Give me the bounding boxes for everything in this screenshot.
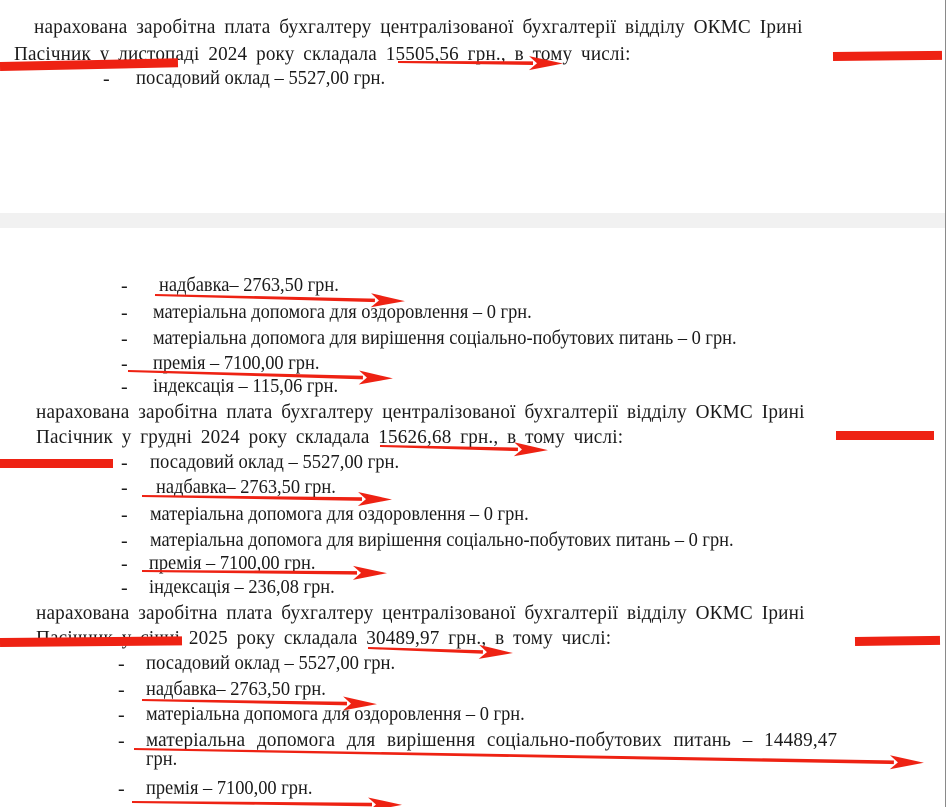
redaction-mark [0,459,113,468]
list-bullet: - [121,553,128,575]
highlight-arrow [132,794,402,807]
list-bullet: - [121,376,128,398]
scan-page-fragment-bottom: - надбавка– 2763,50 грн. - матеріальна д… [0,228,946,807]
list-bullet: - [121,452,128,474]
page-break [0,213,946,228]
list-item-base-salary: посадовий оклад – 5527,00 грн. [146,652,395,674]
list-bullet: - [118,653,125,675]
list-item-base-salary: посадовий оклад – 5527,00 грн. [150,451,399,473]
list-bullet: - [121,275,128,297]
paragraph-line: нарахована заробітна плата бухгалтеру це… [34,16,803,38]
list-bullet: - [118,704,125,726]
list-bullet: - [121,530,128,552]
list-bullet: - [121,477,128,499]
list-item-base-salary: посадовий оклад – 5527,00 грн. [136,67,385,89]
list-bullet: - [121,302,128,324]
redaction-mark [0,636,182,647]
highlight-arrow [142,563,387,581]
list-bullet: - [121,577,128,599]
paragraph-line: нарахована заробітна плата бухгалтеру це… [36,401,805,423]
redaction-mark [833,51,942,61]
list-item-social-aid: матеріальна допомога для вирішення соціа… [150,529,734,551]
list-bullet: - [118,730,125,752]
paragraph-line: нарахована заробітна плата бухгалтеру це… [36,602,805,624]
list-bullet: - [121,504,128,526]
highlight-arrow [398,54,563,71]
redaction-mark [855,636,940,646]
list-bullet: - [118,778,125,800]
list-bullet: - [121,328,128,350]
list-bullet: - [121,353,128,375]
list-bullet: - [118,679,125,701]
highlight-arrow [380,438,548,458]
list-bullet: - [103,68,110,90]
redaction-mark [836,431,934,440]
list-item-social-aid: матеріальна допомога для вирішення соціа… [153,327,737,349]
scan-page-fragment-top: нарахована заробітна плата бухгалтеру це… [0,0,946,213]
